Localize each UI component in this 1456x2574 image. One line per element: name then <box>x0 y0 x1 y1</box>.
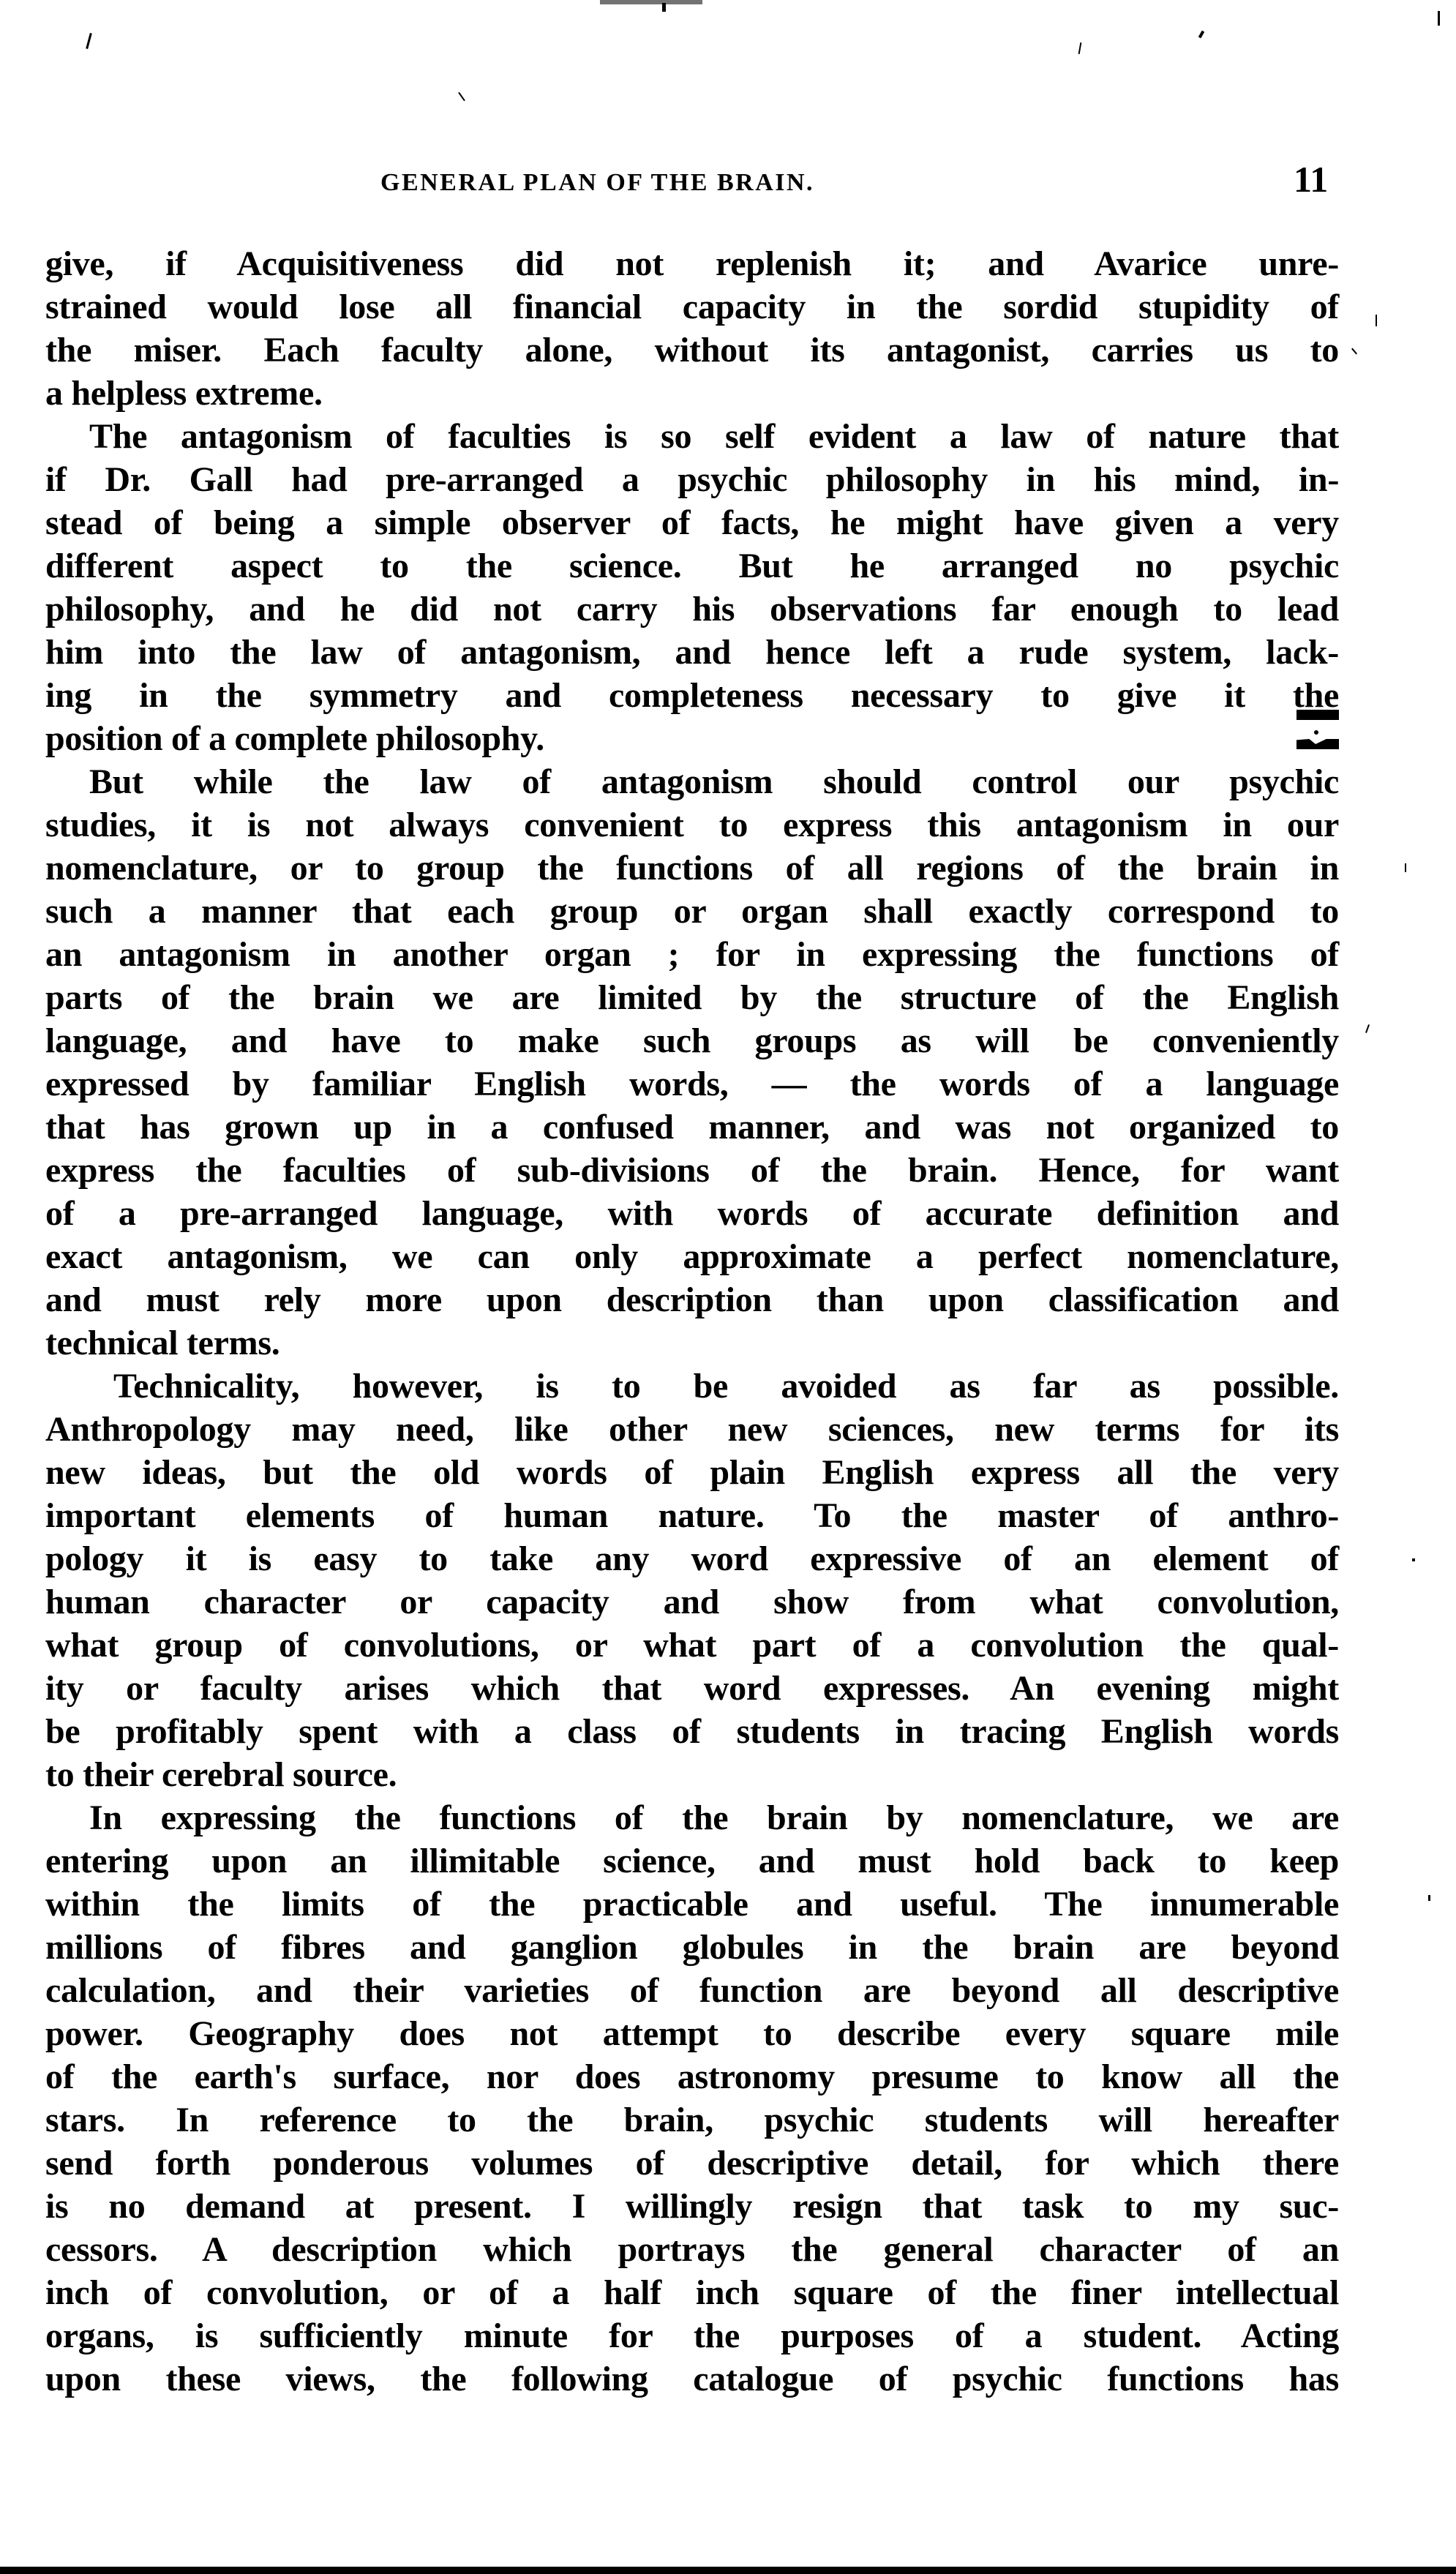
text-line: inch of convolution, or of a half inch s… <box>45 2271 1339 2314</box>
text-line: human character or capacity and show fro… <box>45 1580 1339 1624</box>
ink-blot-bar <box>1296 710 1339 720</box>
text-line: parts of the brain we are limited by the… <box>45 976 1339 1019</box>
text-line: position of a complete philosophy. <box>45 717 1339 760</box>
text-line: different aspect to the science. But he … <box>45 544 1339 588</box>
text-line: But while the law of antagonism should c… <box>45 760 1339 803</box>
speckle <box>1428 1895 1430 1901</box>
text-line: and must rely more upon description than… <box>45 1278 1339 1321</box>
text-line: an antagonism in another organ ; for in … <box>45 933 1339 976</box>
text-line: upon these views, the following catalogu… <box>45 2357 1339 2401</box>
text-line: stead of being a simple observer of fact… <box>45 501 1339 544</box>
speckle <box>86 33 92 49</box>
text-line: within the limits of the practicable and… <box>45 1883 1339 1926</box>
text-line: cessors. A description which portrays th… <box>45 2228 1339 2271</box>
text-line: millions of fibres and ganglion globules… <box>45 1926 1339 1969</box>
text-line: of a pre-arranged language, with words o… <box>45 1192 1339 1235</box>
ink-blot-artifact <box>1295 710 1340 752</box>
text-line: important elements of human nature. To t… <box>45 1494 1339 1537</box>
text-line: language, and have to make such groups a… <box>45 1019 1339 1062</box>
text-line: send forth ponderous volumes of descript… <box>45 2142 1339 2185</box>
text-line: give, if Acquisitiveness did not repleni… <box>45 242 1339 285</box>
text-line: stars. In reference to the brain, psychi… <box>45 2098 1339 2142</box>
text-line: strained would lose all financial capaci… <box>45 285 1339 329</box>
text-line: express the faculties of sub-divisions o… <box>45 1149 1339 1192</box>
text-line: to their cerebral source. <box>45 1753 1339 1796</box>
ink-blot-dot <box>1314 730 1318 735</box>
text-line: The antagonism of faculties is so self e… <box>45 415 1339 458</box>
text-line: pology it is easy to take any word expre… <box>45 1537 1339 1580</box>
text-line: entering upon an illimitable science, an… <box>45 1839 1339 1883</box>
text-line: In expressing the functions of the brain… <box>45 1796 1339 1839</box>
text-line: be profitably spent with a class of stud… <box>45 1710 1339 1753</box>
text-line: studies, it is not always convenient to … <box>45 803 1339 847</box>
scan-bottom-edge <box>0 2567 1456 2574</box>
text-line: expressed by familiar English words, — t… <box>45 1062 1339 1106</box>
speckle <box>1405 863 1406 872</box>
running-title: GENERAL PLAN OF THE BRAIN. <box>380 168 814 198</box>
speckle <box>1376 315 1377 326</box>
text-line: of the earth's surface, nor does astrono… <box>45 2055 1339 2098</box>
text-line: exact antagonism, we can only approximat… <box>45 1235 1339 1278</box>
paragraph-5: In expressing the functions of the brain… <box>45 1796 1339 2401</box>
paragraph-3: But while the law of antagonism should c… <box>45 760 1339 1365</box>
text-line: technical terms. <box>45 1321 1339 1365</box>
text-line: that has grown up in a confused manner, … <box>45 1106 1339 1149</box>
text-line: is no demand at present. I willingly res… <box>45 2185 1339 2228</box>
speckle <box>1438 11 1440 26</box>
ink-blot-bar <box>1296 739 1339 749</box>
text-line: a helpless extreme. <box>45 372 1339 415</box>
speckle <box>662 3 666 12</box>
paragraph-4: Technicality, however, is to be avoided … <box>45 1365 1339 1796</box>
speckle <box>1365 1024 1370 1033</box>
text-line: what group of convolutions, or what part… <box>45 1624 1339 1667</box>
text-line: organs, is sufficiently minute for the p… <box>45 2314 1339 2357</box>
running-head: GENERAL PLAN OF THE BRAIN. 11 <box>0 162 1456 199</box>
paragraph-1: give, if Acquisitiveness did not repleni… <box>45 242 1339 415</box>
text-line: calculation, and their varieties of func… <box>45 1969 1339 2012</box>
text-line: Anthropology may need, like other new sc… <box>45 1408 1339 1451</box>
text-line: power. Geography does not attempt to des… <box>45 2012 1339 2055</box>
text-line: philosophy, and he did not carry his obs… <box>45 588 1339 631</box>
paragraph-2: The antagonism of faculties is so self e… <box>45 415 1339 760</box>
text-line: ity or faculty arises which that word ex… <box>45 1667 1339 1710</box>
speckle <box>1078 42 1082 54</box>
text-line: if Dr. Gall had pre-arranged a psychic p… <box>45 458 1339 501</box>
body-text: give, if Acquisitiveness did not repleni… <box>45 242 1339 2401</box>
speckle <box>1351 348 1357 355</box>
text-line: ing in the symmetry and completeness nec… <box>45 674 1339 717</box>
text-line: such a manner that each group or organ s… <box>45 890 1339 933</box>
page-number: 11 <box>1294 162 1328 196</box>
text-line: the miser. Each faculty alone, without i… <box>45 329 1339 372</box>
speckle <box>458 92 465 102</box>
speckle <box>600 0 702 4</box>
text-line: nomenclature, or to group the functions … <box>45 847 1339 890</box>
speckle <box>1412 1558 1415 1561</box>
speckle <box>1198 31 1204 39</box>
text-line: new ideas, but the old words of plain En… <box>45 1451 1339 1494</box>
text-line: him into the law of antagonism, and henc… <box>45 631 1339 674</box>
text-line: Technicality, however, is to be avoided … <box>45 1365 1339 1408</box>
